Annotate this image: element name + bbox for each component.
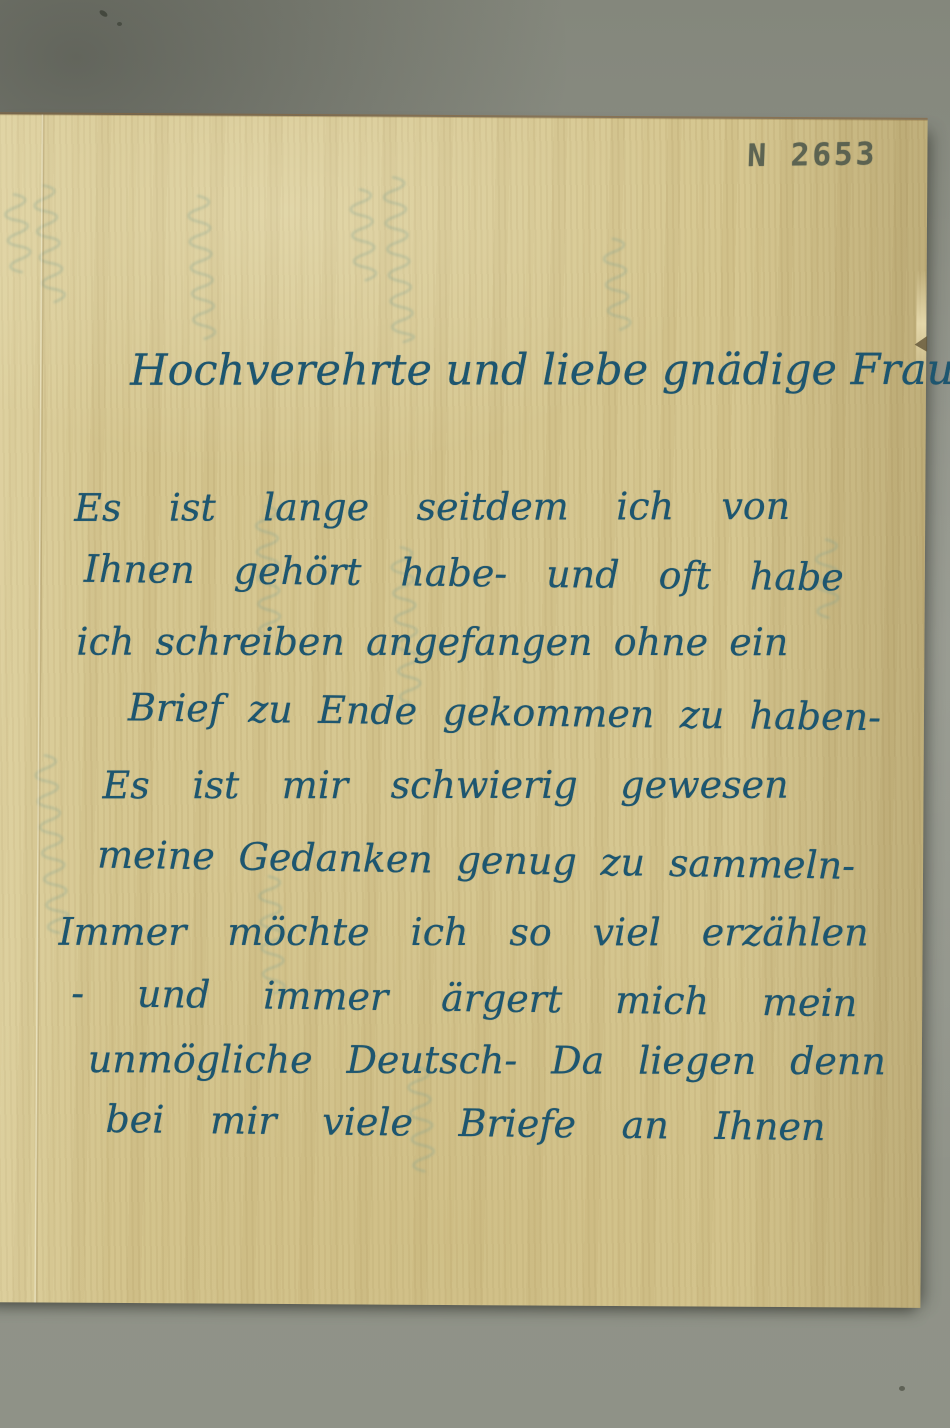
dust-speck [98,9,108,18]
letter-line: unmögliche Deutsch- Da liegen denn [88,1040,886,1080]
letter-line: ich schreiben angefangen ohne ein [76,623,788,662]
letter-line: - und immer ärgert mich mein [71,974,857,1022]
letter-line: Es ist mir schwierig gewesen [103,766,789,805]
scan-background: { "scan": { "archival_stamp": "N 2653" }… [0,0,950,1428]
letter-line: Ihnen gehört habe- und oft habe [84,550,844,597]
dust-speck [117,22,122,26]
letter-line: Brief zu Ende gekommen zu haben- [128,688,881,736]
archival-number-stamp: N 2653 [747,136,878,174]
letter-paper-sheet: N 2653 Hochverehrte und liebe gnädige Fr… [0,114,928,1308]
dust-speck [899,1386,905,1391]
letter-salutation: Hochverehrte und liebe gnädige Frau! [130,349,896,393]
letter-line: meine Gedanken genug zu sammeln- [97,836,855,885]
letter-line: Es ist lange seitdem ich von [74,487,790,527]
letter-line: Immer möchte ich so viel erzählen [59,913,869,952]
letter-line: bei mir viele Briefe an Ihnen [105,1100,825,1146]
paper-fold-crease [34,114,44,1302]
